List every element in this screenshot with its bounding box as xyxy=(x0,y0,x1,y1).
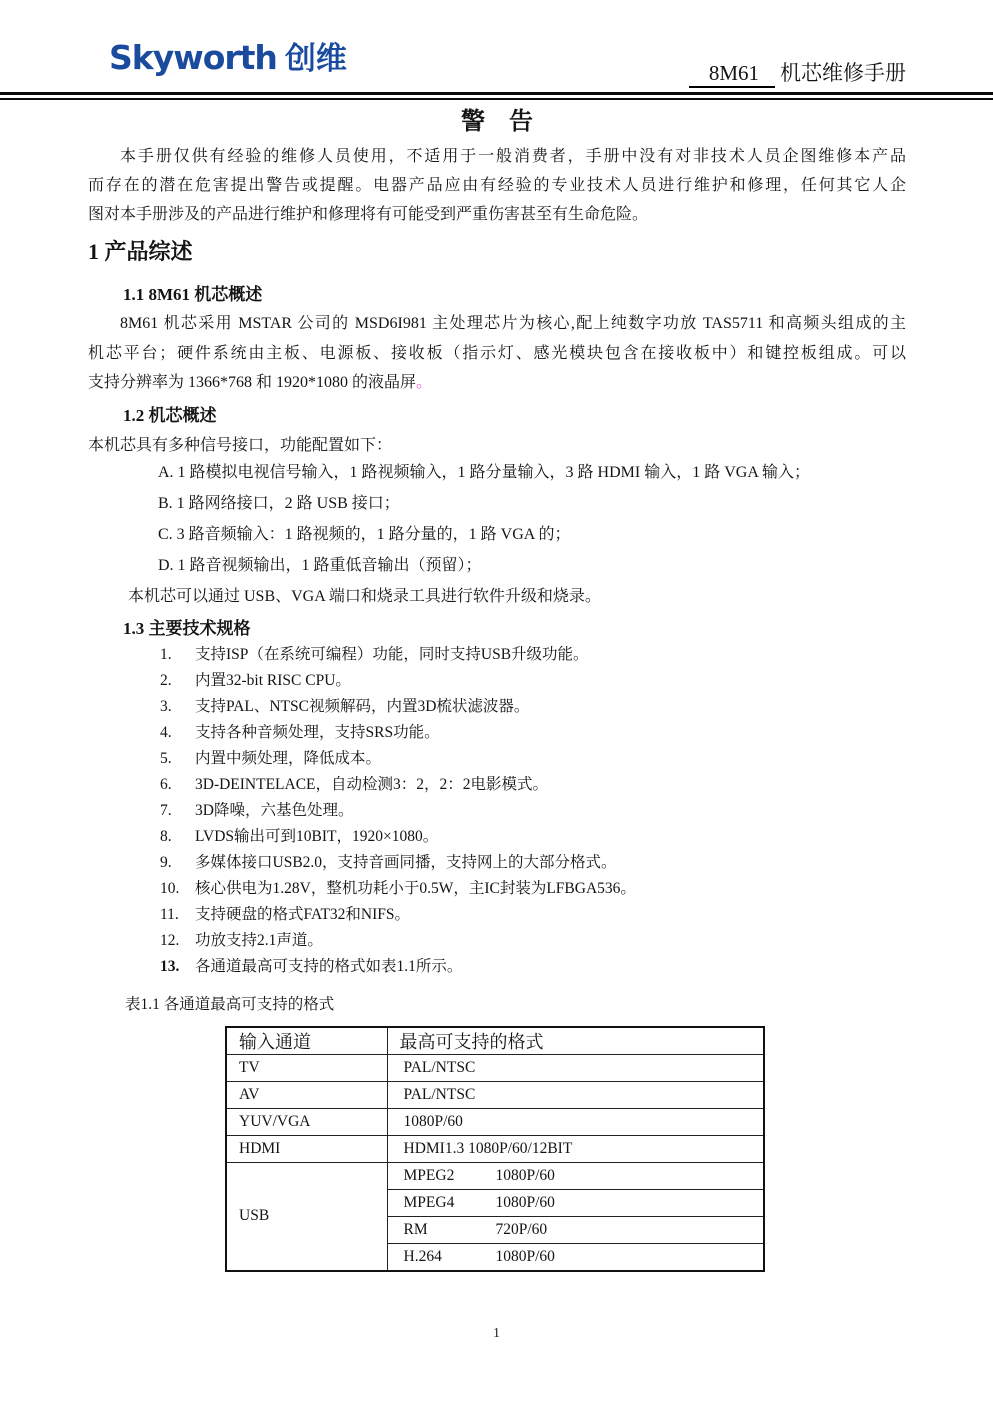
table-row: AV PAL/NTSC xyxy=(226,1082,764,1109)
warning-heading: 警 告 xyxy=(88,106,906,139)
section-1-2-heading: 1.2 机芯概述 xyxy=(123,404,906,427)
channel-cell: TV xyxy=(226,1055,387,1082)
usb-channel-cell: USB xyxy=(226,1163,387,1271)
channel-cell: HDMI xyxy=(226,1136,387,1163)
spec-item: 9.多媒体接口USB2.0，支持音画同播，支持网上的大部分格式。 xyxy=(88,850,906,876)
channel-cell: YUV/VGA xyxy=(226,1109,387,1136)
usb-format-cell: RM720P/60 xyxy=(387,1217,764,1244)
warning-line: 而存在的潜在危害提出警告或提醒。电器产品应由有经验的专业技术人员进行维护和修理，… xyxy=(88,171,906,200)
section-1-heading: 1 产品综述 xyxy=(88,237,906,267)
spec-number: 13. xyxy=(160,954,195,980)
codec-format: 720P/60 xyxy=(496,1221,548,1238)
list-item: C. 3 路音频输入：1 路视频的，1 路分量的，1 路 VGA 的； xyxy=(158,519,906,550)
warning-paragraph: 本手册仅供有经验的维修人员使用，不适用于一般消费者，手册中没有对非技术人员企图维… xyxy=(88,142,906,229)
spec-item: 11.支持硬盘的格式FAT32和NIFS。 xyxy=(88,902,906,928)
spec-item: 7.3D降噪，六基色处理。 xyxy=(88,798,906,824)
spec-item: 2.内置32-bit RISC CPU。 xyxy=(88,668,906,694)
format-cell: PAL/NTSC xyxy=(387,1055,764,1082)
spec-number: 3. xyxy=(160,694,195,720)
table-header-row: 输入通道 最高可支持的格式 xyxy=(226,1027,764,1055)
paragraph-line: 8M61 机芯采用 MSTAR 公司的 MSD6I981 主处理芯片为核心,配上… xyxy=(88,309,906,339)
usb-format-cell: MPEG41080P/60 xyxy=(387,1190,764,1217)
spec-item: 3.支持PAL、NTSC视频解码，内置3D梳状滤波器。 xyxy=(88,694,906,720)
format-cell: 1080P/60 xyxy=(387,1109,764,1136)
spec-number: 10. xyxy=(160,876,195,902)
paragraph-line: 机芯平台；硬件系统由主板、电源板、接收板（指示灯、感光模块包含在接收板中）和键控… xyxy=(88,339,906,369)
spec-number: 1. xyxy=(160,642,195,668)
chassis-code: 8M61 xyxy=(689,61,775,88)
spec-number: 12. xyxy=(160,928,195,954)
section-1-1-heading: 1.1 8M61 机芯概述 xyxy=(123,283,906,306)
spec-number: 5. xyxy=(160,746,195,772)
spec-item: 10.核心供电为1.28V，整机功耗小于0.5W，主IC封装为LFBGA536。 xyxy=(88,876,906,902)
codec-label: MPEG2 xyxy=(404,1167,496,1185)
spec-text: 支持PAL、NTSC视频解码，内置3D梳状滤波器。 xyxy=(195,698,529,715)
spec-text: 支持硬盘的格式FAT32和NIFS。 xyxy=(195,906,410,923)
usb-format-cell: MPEG21080P/60 xyxy=(387,1163,764,1190)
format-cell: PAL/NTSC xyxy=(387,1082,764,1109)
spec-number: 9. xyxy=(160,850,195,876)
codec-label: RM xyxy=(404,1221,496,1239)
document-title-text: 机芯维修手册 xyxy=(780,61,906,85)
table-caption: 表1.1 各通道最高可支持的格式 xyxy=(125,994,906,1016)
spec-item: 6.3D-DEINTELACE，自动检测3：2，2：2电影模式。 xyxy=(88,772,906,798)
header-double-rule xyxy=(0,92,993,100)
spec-text: 支持各种音频处理，支持SRS功能。 xyxy=(195,724,440,741)
section-1-1-paragraph: 8M61 机芯采用 MSTAR 公司的 MSD6I981 主处理芯片为核心,配上… xyxy=(88,309,906,398)
spec-text: 支持ISP（在系统可编程）功能，同时支持USB升级功能。 xyxy=(195,646,589,663)
codec-format: 1080P/60 xyxy=(496,1167,555,1184)
list-item: A. 1 路模拟电视信号输入，1 路视频输入，1 路分量输入，3 路 HDMI … xyxy=(158,457,906,488)
spec-text: 3D降噪，六基色处理。 xyxy=(195,802,353,819)
codec-label: H.264 xyxy=(404,1248,496,1266)
list-item: D. 1 路音视频输出，1 路重低音输出（预留）； xyxy=(158,550,906,581)
spec-text: 内置32-bit RISC CPU。 xyxy=(195,672,351,689)
list-tail-note: 本机芯可以通过 USB、VGA 端口和烧录工具进行软件升级和烧录。 xyxy=(128,581,906,612)
spec-item: 8.LVDS输出可到10BIT，1920×1080。 xyxy=(88,824,906,850)
document-title: 8M61机芯维修手册 xyxy=(689,61,906,90)
section-1-3-heading: 1.3 主要技术规格 xyxy=(123,617,906,640)
spec-number: 6. xyxy=(160,772,195,798)
section-1-2-intro: 本机芯具有多种信号接口，功能配置如下： xyxy=(88,435,906,457)
spec-item: 1.支持ISP（在系统可编程）功能，同时支持USB升级功能。 xyxy=(88,642,906,668)
page-number: 1 xyxy=(0,1326,993,1342)
spec-text: LVDS输出可到10BIT，1920×1080。 xyxy=(195,828,438,845)
page-body: 警 告 本手册仅供有经验的维修人员使用，不适用于一般消费者，手册中没有对非技术人… xyxy=(88,106,906,1272)
warning-line: 本手册仅供有经验的维修人员使用，不适用于一般消费者，手册中没有对非技术人员企图维… xyxy=(88,142,906,171)
spec-item: 5.内置中频处理，降低成本。 xyxy=(88,746,906,772)
skyworth-logo-en: Skyworth xyxy=(109,38,277,77)
table-row: HDMI HDMI1.3 1080P/60/12BIT xyxy=(226,1136,764,1163)
spec-number: 2. xyxy=(160,668,195,694)
spec-item: 12.功放支持2.1声道。 xyxy=(88,928,906,954)
skyworth-logo: Skyworth创维 xyxy=(109,40,347,77)
formats-table: 输入通道 最高可支持的格式 TV PAL/NTSC AV PAL/NTSC YU… xyxy=(225,1026,765,1272)
format-cell: HDMI1.3 1080P/60/12BIT xyxy=(387,1136,764,1163)
spec-item: 4.支持各种音频处理，支持SRS功能。 xyxy=(88,720,906,746)
paragraph-line: 支持分辨率为 1366*768 和 1920*1080 的液晶屏。 xyxy=(88,368,906,398)
spec-number: 8. xyxy=(160,824,195,850)
spec-number: 7. xyxy=(160,798,195,824)
table-row: USB MPEG21080P/60 xyxy=(226,1163,764,1190)
skyworth-logo-cn: 创维 xyxy=(285,41,347,77)
warning-line: 图对本手册涉及的产品进行维护和修理将有可能受到严重伤害甚至有生命危险。 xyxy=(88,200,906,229)
spec-text: 多媒体接口USB2.0，支持音画同播，支持网上的大部分格式。 xyxy=(195,854,617,871)
channel-cell: AV xyxy=(226,1082,387,1109)
spec-text: 各通道最高可支持的格式如表1.1所示。 xyxy=(195,958,462,975)
page-header: Skyworth创维 8M61机芯维修手册 xyxy=(88,38,906,90)
interface-list: A. 1 路模拟电视信号输入，1 路视频输入，1 路分量输入，3 路 HDMI … xyxy=(88,457,906,612)
codec-label: MPEG4 xyxy=(404,1194,496,1212)
list-item: B. 1 路网络接口，2 路 USB 接口； xyxy=(158,488,906,519)
usb-format-cell: H.2641080P/60 xyxy=(387,1244,764,1271)
spec-text: 功放支持2.1声道。 xyxy=(195,932,323,949)
column-header-channel: 输入通道 xyxy=(226,1027,387,1055)
codec-format: 1080P/60 xyxy=(496,1194,555,1211)
table-row: TV PAL/NTSC xyxy=(226,1055,764,1082)
codec-format: 1080P/60 xyxy=(496,1248,555,1265)
pink-period: 。 xyxy=(416,374,432,391)
spec-list: 1.支持ISP（在系统可编程）功能，同时支持USB升级功能。 2.内置32-bi… xyxy=(88,642,906,980)
spec-item: 13.各通道最高可支持的格式如表1.1所示。 xyxy=(88,954,906,980)
spec-text: 核心供电为1.28V，整机功耗小于0.5W，主IC封装为LFBGA536。 xyxy=(195,880,636,897)
manual-page: Skyworth创维 8M61机芯维修手册 警 告 本手册仅供有经验的维修人员使… xyxy=(0,0,993,1404)
spec-text: 3D-DEINTELACE，自动检测3：2，2：2电影模式。 xyxy=(195,776,548,793)
table-row: YUV/VGA 1080P/60 xyxy=(226,1109,764,1136)
column-header-format: 最高可支持的格式 xyxy=(387,1027,764,1055)
paragraph-line-text: 支持分辨率为 1366*768 和 1920*1080 的液晶屏 xyxy=(88,374,416,391)
spec-text: 内置中频处理，降低成本。 xyxy=(195,750,381,767)
spec-number: 11. xyxy=(160,902,195,928)
spec-number: 4. xyxy=(160,720,195,746)
